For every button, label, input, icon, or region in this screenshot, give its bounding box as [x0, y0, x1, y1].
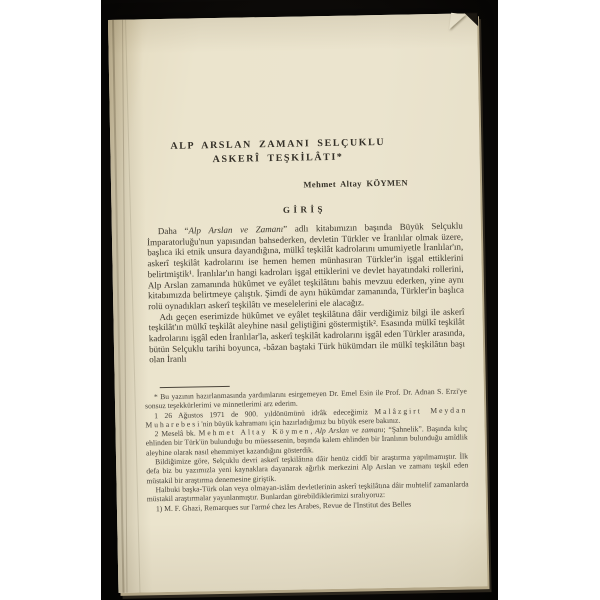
book-page: ALP ARSLAN ZAMANI SELÇUKLU ASKERÎ TEŞKİL…	[108, 13, 487, 593]
author-name: Mehmet Altay KÖYMEN	[303, 178, 408, 190]
paragraph-1-text: Daha “	[158, 226, 189, 237]
footnote-separator-rule	[160, 386, 230, 388]
article-title: ALP ARSLAN ZAMANI SELÇUKLU ASKERÎ TEŞKİL…	[130, 135, 425, 168]
book-photograph: ALP ARSLAN ZAMANI SELÇUKLU ASKERÎ TEŞKİL…	[101, 0, 498, 600]
paragraph-1: Daha “Alp Arslan ve Zamanı” adlı kitabım…	[147, 221, 465, 312]
folded-corner-cut	[464, 12, 478, 26]
left-white-margin	[0, 0, 101, 600]
footnote-2-text: 2 Meselâ bk.	[155, 429, 199, 439]
right-white-margin	[498, 0, 600, 600]
body-text: Daha “Alp Arslan ve Zamanı” adlı kitabım…	[147, 221, 465, 366]
paragraph-2: Adı geçen eserimizde hükûmet ve eyâlet t…	[148, 306, 465, 365]
section-heading: GİRİŞ	[146, 202, 462, 218]
screenshot-root: { "colors": { "canvas_white": "#ffffff",…	[0, 0, 600, 600]
footnotes: * Bu yazının hazırlanmasında yardımların…	[145, 386, 469, 513]
